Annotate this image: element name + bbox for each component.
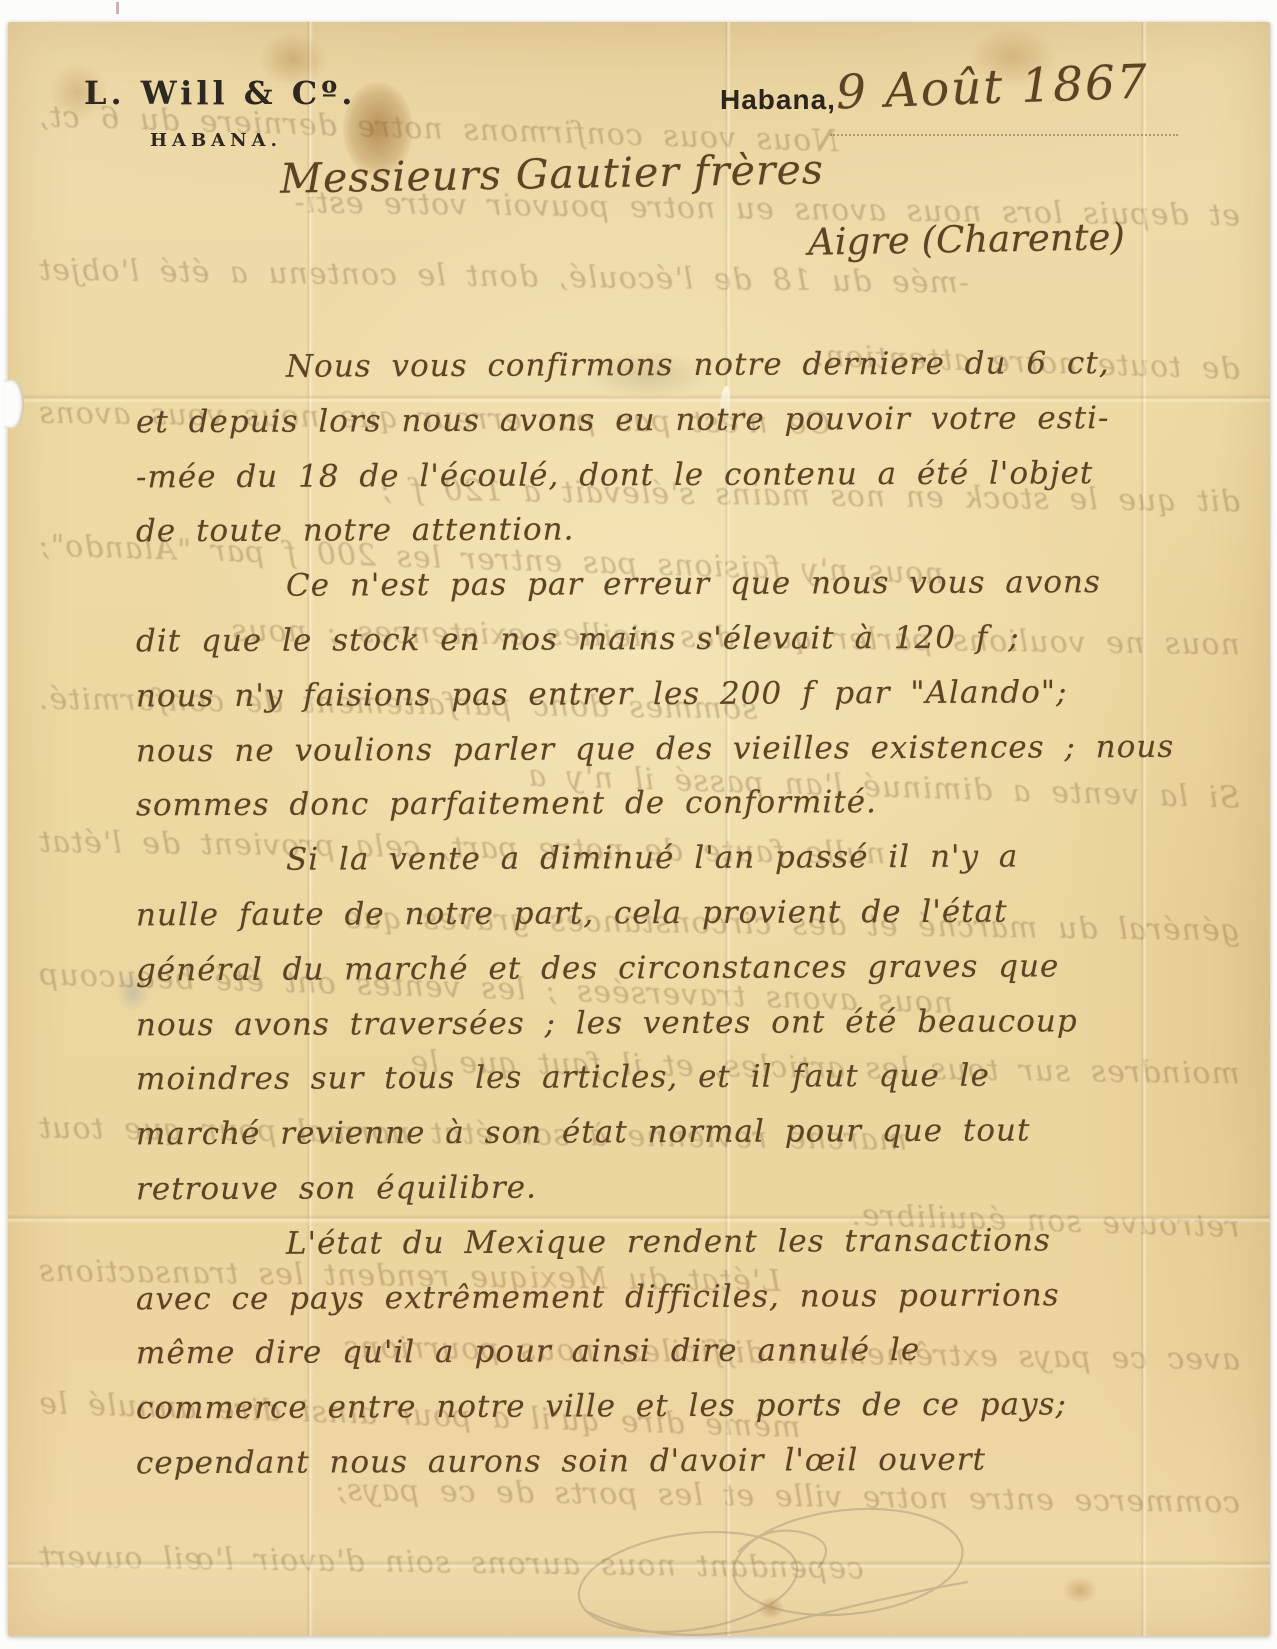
paper-tear-left-edge: [4, 380, 24, 428]
body-line: sommes donc parfaitement de conformité.: [136, 774, 1228, 834]
dateline-dotted-rule: [830, 134, 1178, 136]
body-line: nous n'y faisions pas entrer les 200 f p…: [136, 664, 1228, 724]
body-line: nous avons traversées ; les ventes ont é…: [136, 993, 1228, 1053]
dateline-date-handwritten: 9 Août 1867: [835, 55, 1150, 121]
ghost-line: -mée du 18 de l'écoulé, dont le contenu …: [38, 253, 1240, 305]
page-background: { "letterhead": { "company": "L. Will & …: [0, 0, 1277, 1649]
signature-bleedthrough: [528, 1492, 998, 1642]
body-line: retrouve son équilibre.: [136, 1158, 1228, 1218]
body-line: nous ne voulions parler que des vieilles…: [136, 719, 1228, 779]
letter-body: Nous vous confirmons notre derniere du 6…: [136, 338, 1228, 1489]
recipient-address: Aigre (Charente): [808, 215, 1126, 264]
paper-stain: [1063, 1577, 1097, 1603]
body-line: Si la vente a diminué l'an passé il n'y …: [136, 829, 1228, 889]
body-line: même dire qu'il a pour ainsi dire annulé…: [136, 1322, 1228, 1382]
recipient-name: Messieurs Gautier frères: [280, 145, 825, 202]
body-line: et depuis lors nous avons eu notre pouvo…: [136, 390, 1228, 450]
company-name: L. Will & Cº.: [84, 74, 356, 112]
body-line: -mée du 18 de l'écoulé, dont le contenu …: [136, 445, 1228, 505]
body-line: de toute notre attention.: [136, 500, 1228, 560]
body-line: avec ce pays extrêmement difficiles, nou…: [136, 1267, 1228, 1327]
body-line: commerce entre notre ville et les ports …: [136, 1377, 1228, 1437]
body-line: moindres sur tous les articles, et il fa…: [136, 1048, 1228, 1108]
scan-edge-mark: [116, 2, 119, 14]
body-line: général du marché et des circonstances g…: [136, 938, 1228, 998]
company-city: HABANA.: [150, 130, 282, 151]
body-line: cependant nous aurons soin d'avoir l'œil…: [136, 1432, 1228, 1492]
letter-paper: Nous vous confirmons notre derniere du 6…: [8, 22, 1270, 1636]
body-line: nulle faute de notre part, cela provient…: [136, 884, 1228, 944]
body-line: Nous vous confirmons notre derniere du 6…: [136, 336, 1228, 396]
body-line: marché revienne à son état normal pour q…: [136, 1103, 1228, 1163]
dateline-place-printed: Habana,: [720, 84, 836, 116]
body-line: dit que le stock en nos mains s'élevait …: [136, 610, 1228, 670]
body-line: L'état du Mexique rendent les transactio…: [136, 1212, 1228, 1272]
body-line: Ce n'est pas par erreur que nous vous av…: [136, 555, 1228, 615]
